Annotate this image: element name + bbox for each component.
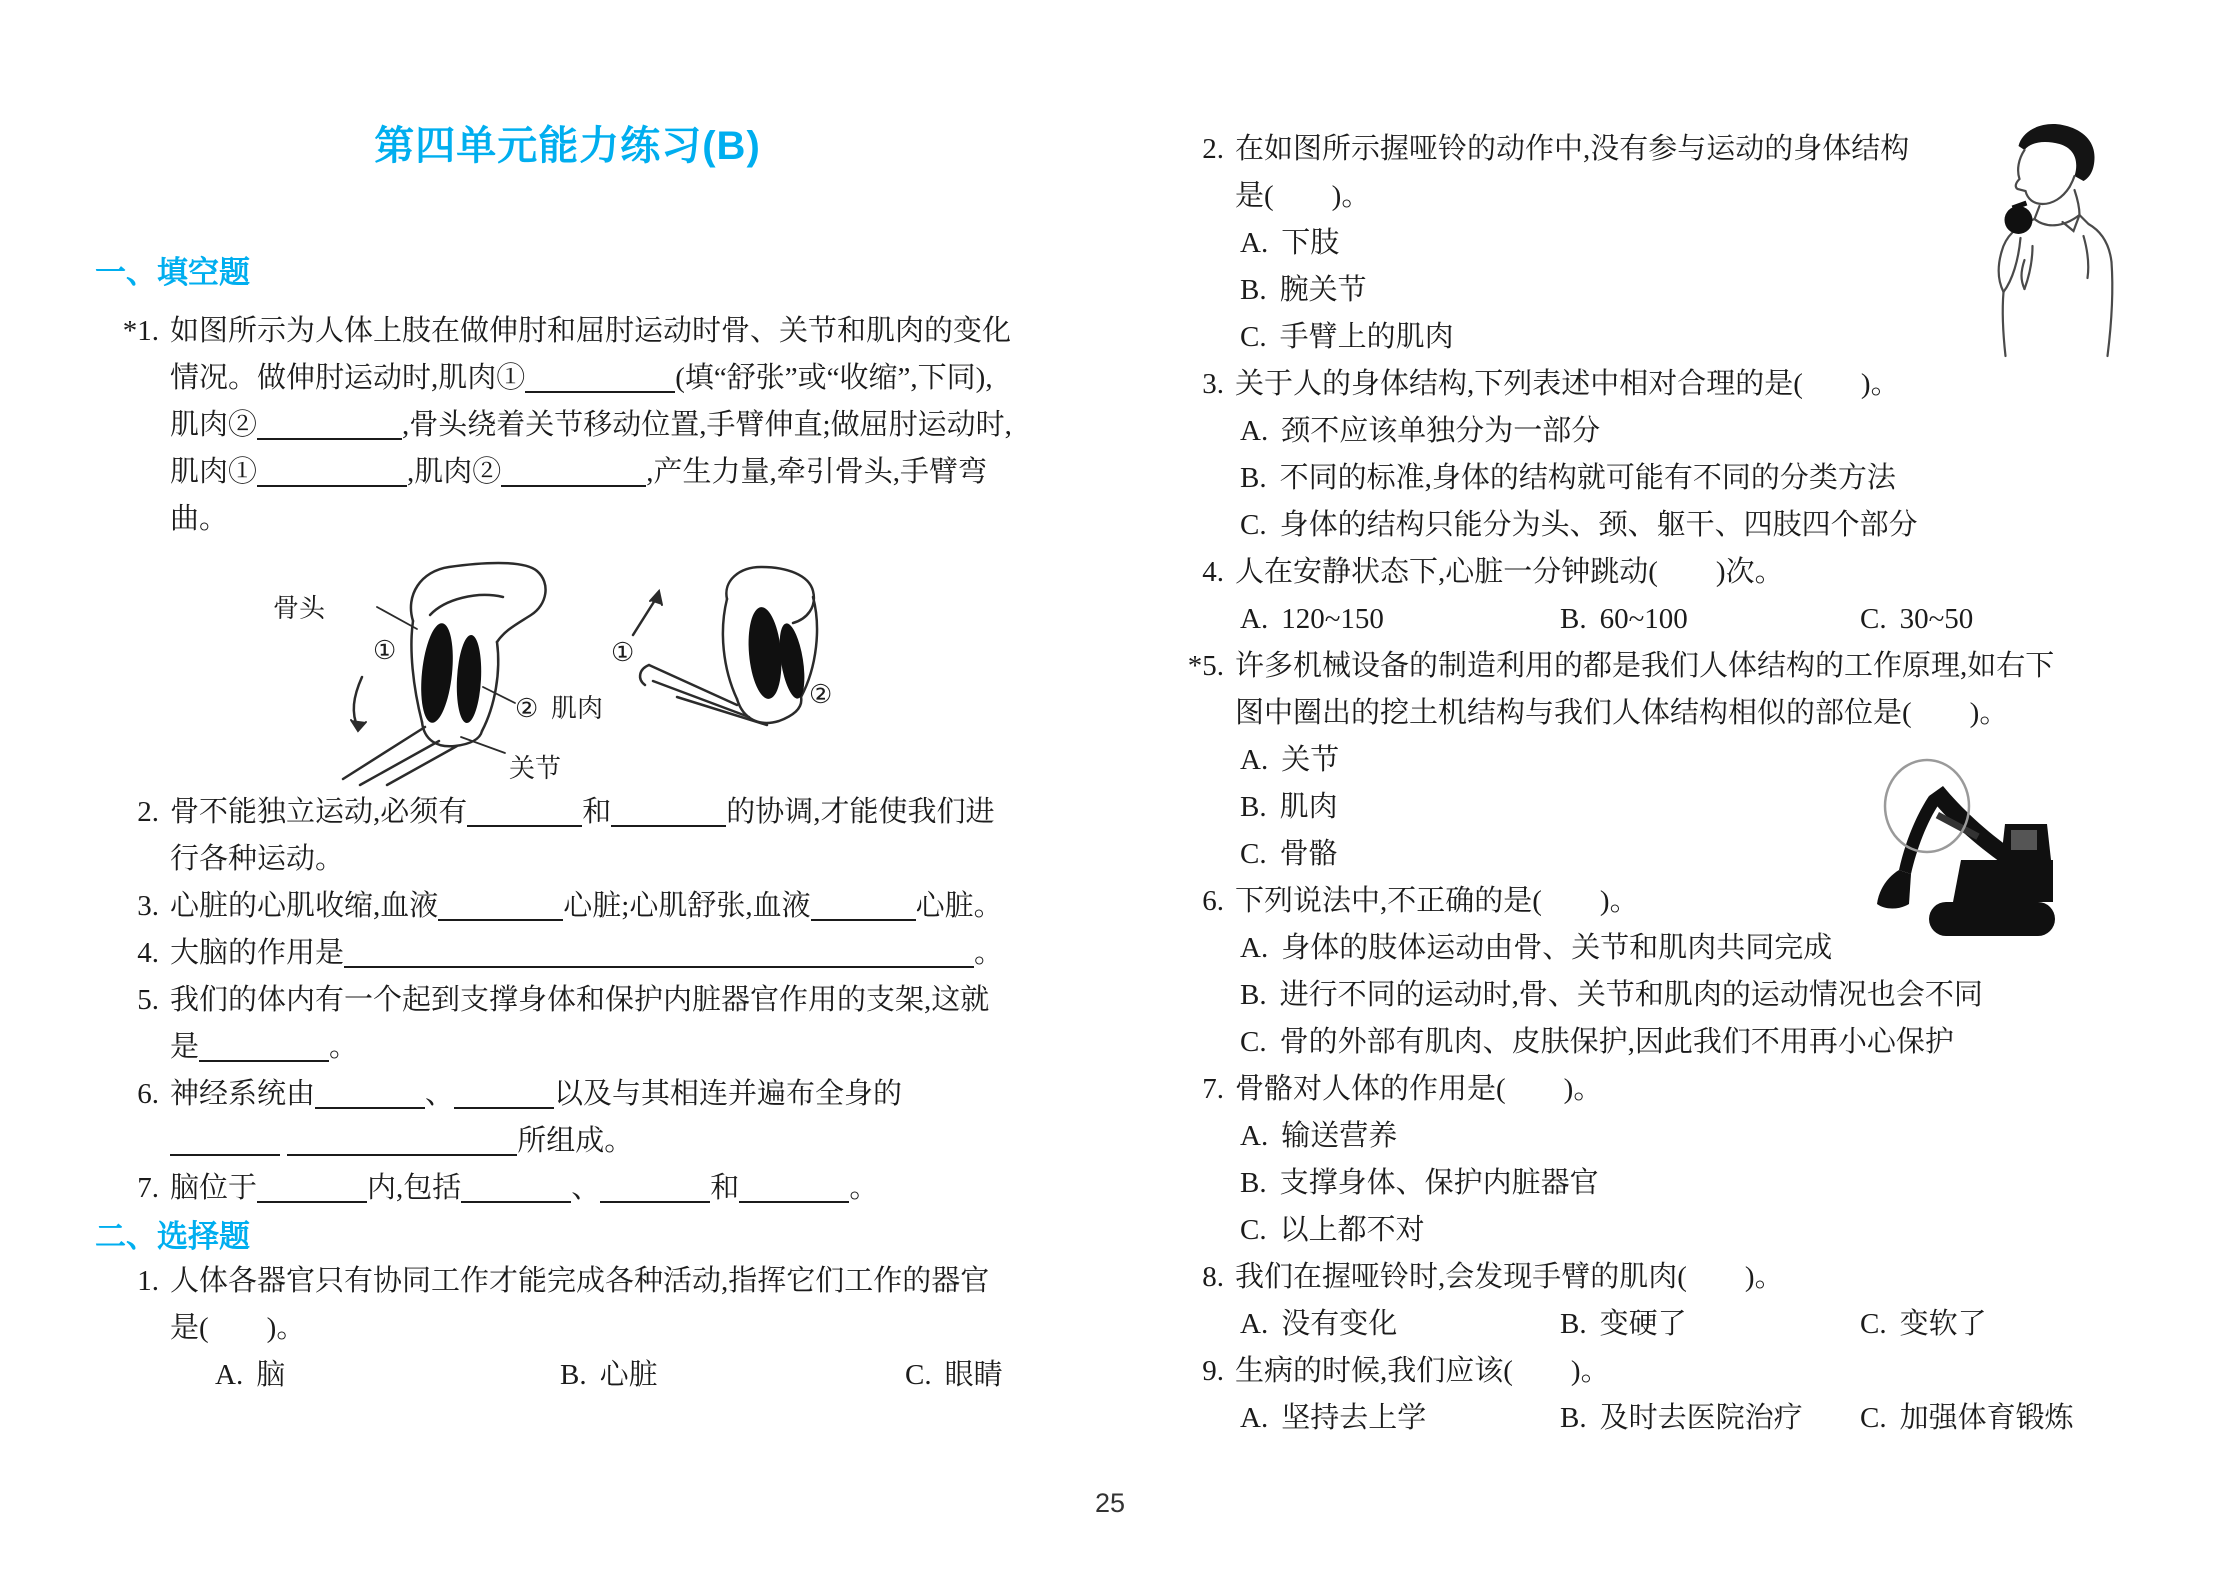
- question-text: 在如图所示握哑铃的动作中,没有参与运动的身体结构是( )。: [1235, 133, 1909, 212]
- question-number: 3.: [95, 883, 170, 930]
- option-text: 身体的肢体运动由骨、关节和肌肉共同完成: [1281, 932, 1832, 964]
- option-text: 60~100: [1600, 603, 1688, 635]
- question-text: 、: [571, 1172, 600, 1204]
- question-number: 6.: [1160, 878, 1235, 925]
- option-text: 坚持去上学: [1281, 1402, 1426, 1434]
- question-text: ,肌肉②: [407, 456, 501, 488]
- option-letter: A.: [1240, 744, 1268, 776]
- question-text: 、: [425, 1078, 454, 1110]
- option-c: C.加强体育锻炼: [1860, 1395, 2074, 1442]
- blank-line: [600, 1201, 710, 1203]
- option-text: 心脏: [600, 1359, 658, 1391]
- choice-question-8: 8. 我们在握哑铃时,会发现手臂的肌肉( )。: [1160, 1254, 2150, 1301]
- option-text: 120~150: [1281, 603, 1384, 635]
- option-b: B.不同的标准,身体的结构就可能有不同的分类方法: [1160, 455, 2150, 502]
- question-number: 7.: [1160, 1066, 1235, 1113]
- question-number: 4.: [1160, 549, 1235, 596]
- option-letter: B.: [1560, 603, 1587, 635]
- option-text: 及时去医院治疗: [1600, 1402, 1803, 1434]
- option-a: A.坚持去上学: [1240, 1395, 1560, 1442]
- option-letter: B.: [1240, 1167, 1267, 1199]
- choice-question-1: 1. 人体各器官只有协同工作才能完成各种活动,指挥它们工作的器官是( )。: [95, 1258, 1040, 1352]
- option-c: C.以上都不对: [1160, 1207, 2150, 1254]
- option-text: 30~50: [1900, 603, 1974, 635]
- question-text: 大脑的作用是: [170, 937, 344, 969]
- blank-line: [461, 1201, 571, 1203]
- blank-line: [257, 438, 402, 440]
- choice-question-5: *5. 许多机械设备的制造利用的都是我们人体结构的工作原理,如右下图中圈出的挖土…: [1160, 643, 2150, 737]
- question-number: 2.: [95, 789, 170, 836]
- option-text: 变软了: [1900, 1308, 1987, 1340]
- option-letter: C.: [1860, 603, 1887, 635]
- page-title: 第四单元能力练习(B): [95, 122, 1040, 170]
- fill-question-6: 6. 神经系统由、以及与其相连并遍布全身的 所组成。: [95, 1071, 1040, 1165]
- option-c: C.30~50: [1860, 596, 1973, 643]
- question-number: *1.: [95, 308, 170, 355]
- option-letter: B.: [1240, 979, 1267, 1011]
- option-b: B.心脏: [560, 1352, 905, 1399]
- question-text: 所组成。: [517, 1125, 633, 1157]
- option-a: A.输送营养: [1160, 1113, 2150, 1160]
- option-text: 肌肉: [1280, 791, 1338, 823]
- question-text: 许多机械设备的制造利用的都是我们人体结构的工作原理,如右下图中圈出的挖土机结构与…: [1235, 650, 2054, 729]
- option-letter: C.: [1240, 838, 1267, 870]
- question-number: 8.: [1160, 1254, 1235, 1301]
- blank-line: [287, 1154, 517, 1156]
- question-number: 3.: [1160, 361, 1235, 408]
- option-letter: B.: [1560, 1402, 1587, 1434]
- blank-line: [454, 1107, 554, 1109]
- option-text: 变硬了: [1600, 1308, 1687, 1340]
- blank-line: [811, 919, 916, 921]
- option-text: 骨的外部有肌肉、皮肤保护,因此我们不用再小心保护: [1280, 1026, 1954, 1058]
- question-number: *5.: [1160, 643, 1235, 690]
- question-text: 内,包括: [367, 1172, 461, 1204]
- blank-line: [501, 485, 646, 487]
- question-body: 神经系统由、以及与其相连并遍布全身的 所组成。: [170, 1071, 1010, 1165]
- option-letter: A.: [1240, 1120, 1268, 1152]
- option-a: A.颈不应该单独分为一部分: [1160, 408, 2150, 455]
- choice-question-3: 3. 关于人的身体结构,下列表述中相对合理的是( )。: [1160, 361, 2150, 408]
- fill-question-3: 3. 心脏的心肌收缩,血液心脏;心肌舒张,血液心脏。: [95, 883, 1040, 930]
- option-text: 颈不应该单独分为一部分: [1281, 415, 1600, 447]
- question-text: 。: [849, 1172, 878, 1204]
- question-number: 2.: [1160, 126, 1235, 173]
- question-text: 下列说法中,不正确的是( )。: [1235, 885, 1639, 917]
- blank-line: [170, 1154, 280, 1156]
- option-letter: B.: [1240, 791, 1267, 823]
- question-text: 神经系统由: [170, 1078, 315, 1110]
- option-text: 眼睛: [945, 1359, 1003, 1391]
- question-text: 人体各器官只有协同工作才能完成各种活动,指挥它们工作的器官是( )。: [170, 1265, 989, 1344]
- option-letter: A.: [1240, 1402, 1268, 1434]
- question-number: 7.: [95, 1165, 170, 1212]
- option-letter: B.: [1560, 1308, 1587, 1340]
- question-text: 心脏。: [916, 890, 1003, 922]
- question-text: 骨骼对人体的作用是( )。: [1235, 1073, 1602, 1105]
- question-stem: 我们在握哑铃时,会发现手臂的肌肉( )。: [1235, 1254, 2150, 1301]
- question-text: 我们在握哑铃时,会发现手臂的肌肉( )。: [1235, 1261, 1784, 1293]
- blank-line: [257, 485, 407, 487]
- option-b: B.变硬了: [1560, 1301, 1860, 1348]
- figure-label-circle1: ①: [373, 636, 396, 665]
- excavator-image: [1855, 748, 2060, 943]
- choice-question-9: 9. 生病的时候,我们应该( )。: [1160, 1348, 2150, 1395]
- question-stem: 生病的时候,我们应该( )。: [1235, 1348, 2150, 1395]
- fill-question-4: 4. 大脑的作用是。: [95, 930, 1040, 977]
- option-text: 输送营养: [1281, 1120, 1397, 1152]
- choice-question-7: 7. 骨骼对人体的作用是( )。: [1160, 1066, 2150, 1113]
- fill-question-5: 5. 我们的体内有一个起到支撑身体和保护内脏器官作用的支架,这就是。: [95, 977, 1040, 1071]
- option-letter: A.: [1240, 603, 1268, 635]
- blank-line: [739, 1201, 849, 1203]
- question-text: 骨不能独立运动,必须有: [170, 796, 467, 828]
- section-heading-fill: 一、填空题: [95, 256, 1040, 290]
- blank-line: [438, 919, 563, 921]
- blank-line: [344, 966, 974, 968]
- question-text: 以及与其相连并遍布全身的: [554, 1078, 902, 1110]
- option-letter: A.: [1240, 1308, 1268, 1340]
- question-text: 和: [710, 1172, 739, 1204]
- options-row: A.坚持去上学 B.及时去医院治疗 C.加强体育锻炼: [1160, 1395, 2150, 1442]
- question-stem: 人体各器官只有协同工作才能完成各种活动,指挥它们工作的器官是( )。: [170, 1258, 990, 1352]
- option-letter: C.: [1860, 1308, 1887, 1340]
- question-text: 人在安静状态下,心脏一分钟跳动( )次。: [1235, 556, 1784, 588]
- option-b: B.支撑身体、保护内脏器官: [1160, 1160, 2150, 1207]
- option-letter: A.: [1240, 932, 1268, 964]
- option-text: 进行不同的运动时,骨、关节和肌肉的运动情况也会不同: [1280, 979, 1983, 1011]
- section-heading-choice: 二、选择题: [95, 1220, 1040, 1254]
- option-letter: C.: [905, 1359, 932, 1391]
- question-text: 。: [974, 937, 1003, 969]
- page-number: 25: [0, 1480, 2220, 1527]
- option-text: 下肢: [1281, 227, 1339, 259]
- blank-line: [525, 391, 675, 393]
- option-c: C.变软了: [1860, 1301, 1987, 1348]
- option-letter: C.: [1240, 509, 1267, 541]
- question-number: 1.: [95, 1258, 170, 1305]
- fill-question-7: 7. 脑位于内,包括、和。: [95, 1165, 1040, 1212]
- option-c: C.眼睛: [905, 1352, 1003, 1399]
- question-stem: 在如图所示握哑铃的动作中,没有参与运动的身体结构是( )。: [1235, 126, 1915, 220]
- question-stem: 许多机械设备的制造利用的都是我们人体结构的工作原理,如右下图中圈出的挖土机结构与…: [1235, 643, 2080, 737]
- option-letter: A.: [215, 1359, 243, 1391]
- option-letter: C.: [1860, 1402, 1887, 1434]
- option-letter: B.: [1240, 462, 1267, 494]
- option-text: 没有变化: [1281, 1308, 1397, 1340]
- option-text: 骨骼: [1280, 838, 1338, 870]
- arm-diagram-figure: 骨头 ① ② 肌肉 关节 ① ②: [265, 555, 845, 787]
- option-text: 腕关节: [1280, 274, 1367, 306]
- option-b: B.60~100: [1560, 596, 1860, 643]
- option-letter: B.: [1240, 274, 1267, 306]
- option-a: A.脑: [215, 1352, 560, 1399]
- option-b: B.进行不同的运动时,骨、关节和肌肉的运动情况也会不同: [1160, 972, 2150, 1019]
- question-body: 我们的体内有一个起到支撑身体和保护内脏器官作用的支架,这就是。: [170, 977, 1010, 1071]
- option-letter: A.: [1240, 227, 1268, 259]
- dumbbell-exercise-image: [1975, 118, 2125, 358]
- worksheet-page: 第四单元能力练习(B) 一、填空题 *1. 如图所示为人体上肢在做伸肘和屈肘运动…: [0, 0, 2220, 1571]
- question-body: 心脏的心肌收缩,血液心脏;心肌舒张,血液心脏。: [170, 883, 1010, 930]
- blank-line: [611, 825, 726, 827]
- figure-label-bone: 骨头: [273, 594, 326, 623]
- question-text: 和: [582, 796, 611, 828]
- question-body: 脑位于内,包括、和。: [170, 1165, 1010, 1212]
- blank-line: [467, 825, 582, 827]
- fill-question-2: 2. 骨不能独立运动,必须有和的协调,才能使我们进行各种运动。: [95, 789, 1040, 883]
- option-c: C.身体的结构只能分为头、颈、躯干、四肢四个部分: [1160, 502, 2150, 549]
- option-text: 脑: [256, 1359, 285, 1391]
- option-letter: A.: [1240, 415, 1268, 447]
- fill-question-1: *1. 如图所示为人体上肢在做伸肘和屈肘运动时骨、关节和肌肉的变化情况。做伸肘运…: [95, 308, 1040, 543]
- blank-line: [199, 1060, 329, 1062]
- question-text: 脑位于: [170, 1172, 257, 1204]
- question-text: 心脏的心肌收缩,血液: [170, 890, 438, 922]
- figure-label-right-circle2: ②: [809, 680, 832, 709]
- option-letter: B.: [560, 1359, 587, 1391]
- question-body: 骨不能独立运动,必须有和的协调,才能使我们进行各种运动。: [170, 789, 1010, 883]
- question-text: 生病的时候,我们应该( )。: [1235, 1355, 1610, 1387]
- left-column: 第四单元能力练习(B) 一、填空题 *1. 如图所示为人体上肢在做伸肘和屈肘运动…: [95, 0, 1040, 1399]
- question-text: 心脏;心肌舒张,血液: [563, 890, 810, 922]
- question-stem: 骨骼对人体的作用是( )。: [1235, 1066, 2150, 1113]
- option-letter: C.: [1240, 1214, 1267, 1246]
- question-body: 大脑的作用是。: [170, 930, 1010, 977]
- option-letter: C.: [1240, 1026, 1267, 1058]
- figure-label-muscle: 肌肉: [551, 694, 603, 723]
- figure-label-joint: 关节: [509, 754, 561, 783]
- option-letter: C.: [1240, 321, 1267, 353]
- question-body: 如图所示为人体上肢在做伸肘和屈肘运动时骨、关节和肌肉的变化情况。做伸肘运动时,肌…: [170, 308, 1015, 543]
- blank-line: [315, 1107, 425, 1109]
- question-text: ,产生力量,牵引骨头,手臂弯曲。: [170, 456, 987, 535]
- question-stem: 人在安静状态下,心脏一分钟跳动( )次。: [1235, 549, 2150, 596]
- choice-question-4: 4. 人在安静状态下,心脏一分钟跳动( )次。: [1160, 549, 2150, 596]
- question-text: 关于人的身体结构,下列表述中相对合理的是( )。: [1235, 368, 1900, 400]
- option-c: C.骨的外部有肌肉、皮肤保护,因此我们不用再小心保护: [1160, 1019, 2150, 1066]
- option-text: 关节: [1281, 744, 1339, 776]
- question-number: 6.: [95, 1071, 170, 1118]
- option-text: 以上都不对: [1280, 1214, 1425, 1246]
- option-text: 加强体育锻炼: [1900, 1402, 2074, 1434]
- question-number: 9.: [1160, 1348, 1235, 1395]
- option-b: B.及时去医院治疗: [1560, 1395, 1860, 1442]
- question-text: 我们的体内有一个起到支撑身体和保护内脏器官作用的支架,这就是: [170, 984, 989, 1063]
- figure-label-right-circle1: ①: [611, 638, 634, 667]
- options-row: A.没有变化 B.变硬了 C.变软了: [1160, 1301, 2150, 1348]
- options-row: A.120~150 B.60~100 C.30~50: [1160, 596, 2150, 643]
- figure-label-circle2: ②: [515, 694, 538, 723]
- option-text: 手臂上的肌肉: [1280, 321, 1454, 353]
- options-row: A.脑 B.心脏 C.眼睛: [95, 1352, 1040, 1399]
- option-a: A.没有变化: [1240, 1301, 1560, 1348]
- question-number: 4.: [95, 930, 170, 977]
- blank-line: [257, 1201, 367, 1203]
- option-text: 不同的标准,身体的结构就可能有不同的分类方法: [1280, 462, 1896, 494]
- question-number: 5.: [95, 977, 170, 1024]
- option-text: 支撑身体、保护内脏器官: [1280, 1167, 1599, 1199]
- option-a: A.120~150: [1240, 596, 1560, 643]
- question-stem: 关于人的身体结构,下列表述中相对合理的是( )。: [1235, 361, 2150, 408]
- option-text: 身体的结构只能分为头、颈、躯干、四肢四个部分: [1280, 509, 1918, 541]
- question-text: 。: [329, 1031, 358, 1063]
